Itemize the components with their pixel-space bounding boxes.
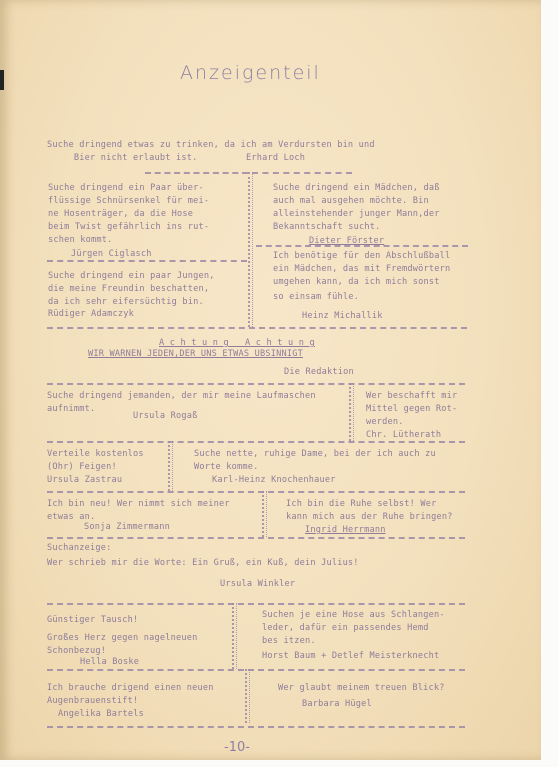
ad-knochenhauer-author: Karl-Heinz Knochenhauer xyxy=(212,474,336,487)
divider xyxy=(47,441,465,443)
ad-bartels-text: Ich brauche drigend einen neuen Augenbra… xyxy=(47,682,214,708)
ad-herrmann-author: Ingrid Herrmann xyxy=(305,524,386,537)
ad-zimmermann-author: Sonja Zimmermann xyxy=(84,521,170,534)
ad-boske-text: Günstiger Tausch! xyxy=(47,614,138,627)
divider-vertical xyxy=(236,603,237,669)
ad-zastrau-text: Verteile kostenlos (Ohr) Feigen! xyxy=(47,448,144,474)
page-title: Anzeigenteil xyxy=(180,62,321,84)
ad-huegel-text: Wer glaubt meinem treuen Blick? xyxy=(278,682,445,695)
divider xyxy=(47,669,465,671)
ad-foerster-text: Suche dringend ein Mädchen, daß auch mal… xyxy=(273,182,440,234)
divider xyxy=(47,603,465,605)
ad-adamczyk-author: Rüdiger Adamczyk xyxy=(48,308,134,321)
ad-rogass-author: Ursula Rogaß xyxy=(133,410,198,423)
divider-vertical xyxy=(252,172,253,327)
divider-vertical xyxy=(232,603,234,669)
ad-baum-text: Suchen je eine Hose aus Schlangen- leder… xyxy=(262,609,445,648)
divider-vertical xyxy=(349,383,351,441)
ad-winkler-text: Wer schrieb mir die Worte: Ein Gruß, ein… xyxy=(47,557,359,570)
divider xyxy=(47,726,465,728)
divider xyxy=(256,245,468,247)
ad-boske-author: Hella Boske xyxy=(80,656,139,669)
ad-adamczyk-text: Suche dringend ein paar Jungen, die mein… xyxy=(48,270,215,309)
divider xyxy=(145,172,248,174)
ad-michallik-text2: so einsam fühle. xyxy=(273,291,359,304)
divider-vertical xyxy=(168,441,170,491)
divider xyxy=(47,537,465,539)
divider-vertical xyxy=(172,441,173,491)
divider-vertical xyxy=(353,383,354,441)
ad-baum-author: Horst Baum + Detlef Meisterknecht xyxy=(262,650,439,663)
ad-knochenhauer-text: Suche nette, ruhige Dame, bei der ich au… xyxy=(194,448,436,474)
ad-herrmann-text: Ich bin die Ruhe selbst! Wer kann mich a… xyxy=(286,498,453,524)
divider xyxy=(47,491,465,493)
ad-boske-text2: Großes Herz gegen nagelneuen Schonbezug! xyxy=(47,632,197,658)
ad-michallik-text: Ich benötige für den Abschlußball ein Mä… xyxy=(273,250,450,289)
divider xyxy=(47,383,465,385)
divider xyxy=(47,327,467,329)
divider-vertical xyxy=(266,491,267,537)
divider-vertical xyxy=(245,669,247,723)
ad-luetherath-text: Wer beschafft mir Mittel gegen Rot- werd… xyxy=(366,390,457,429)
ad-michallik-author: Heinz Michallik xyxy=(302,310,383,323)
warning-text: WIR WARNEN JEDEN,DER UNS ETWAS UBSINNIGT xyxy=(88,348,303,361)
ad-winkler-label: Suchanzeige: xyxy=(47,542,112,555)
ad-ciglasch-text: Suche dringend ein Paar über- flüssige S… xyxy=(48,182,209,247)
divider xyxy=(252,172,352,174)
ad-huegel-author: Barbara Hügel xyxy=(302,698,372,711)
ad-zastrau-author: Ursula Zastrau xyxy=(47,474,122,487)
divider-vertical xyxy=(248,172,250,327)
divider-vertical xyxy=(262,491,264,537)
divider-vertical xyxy=(249,669,250,723)
ad-winkler-author: Ursula Winkler xyxy=(220,578,295,591)
divider xyxy=(47,260,247,262)
ad-loch-text: Suche dringend etwas zu trinken, da ich … xyxy=(47,139,375,165)
ad-bartels-author: Angelika Bartels xyxy=(58,708,144,721)
binding-clip xyxy=(0,70,4,90)
page-number: -10- xyxy=(224,740,250,755)
warning-author: Die Redaktion xyxy=(284,366,354,379)
ad-loch-author: Erhard Loch xyxy=(246,152,305,165)
